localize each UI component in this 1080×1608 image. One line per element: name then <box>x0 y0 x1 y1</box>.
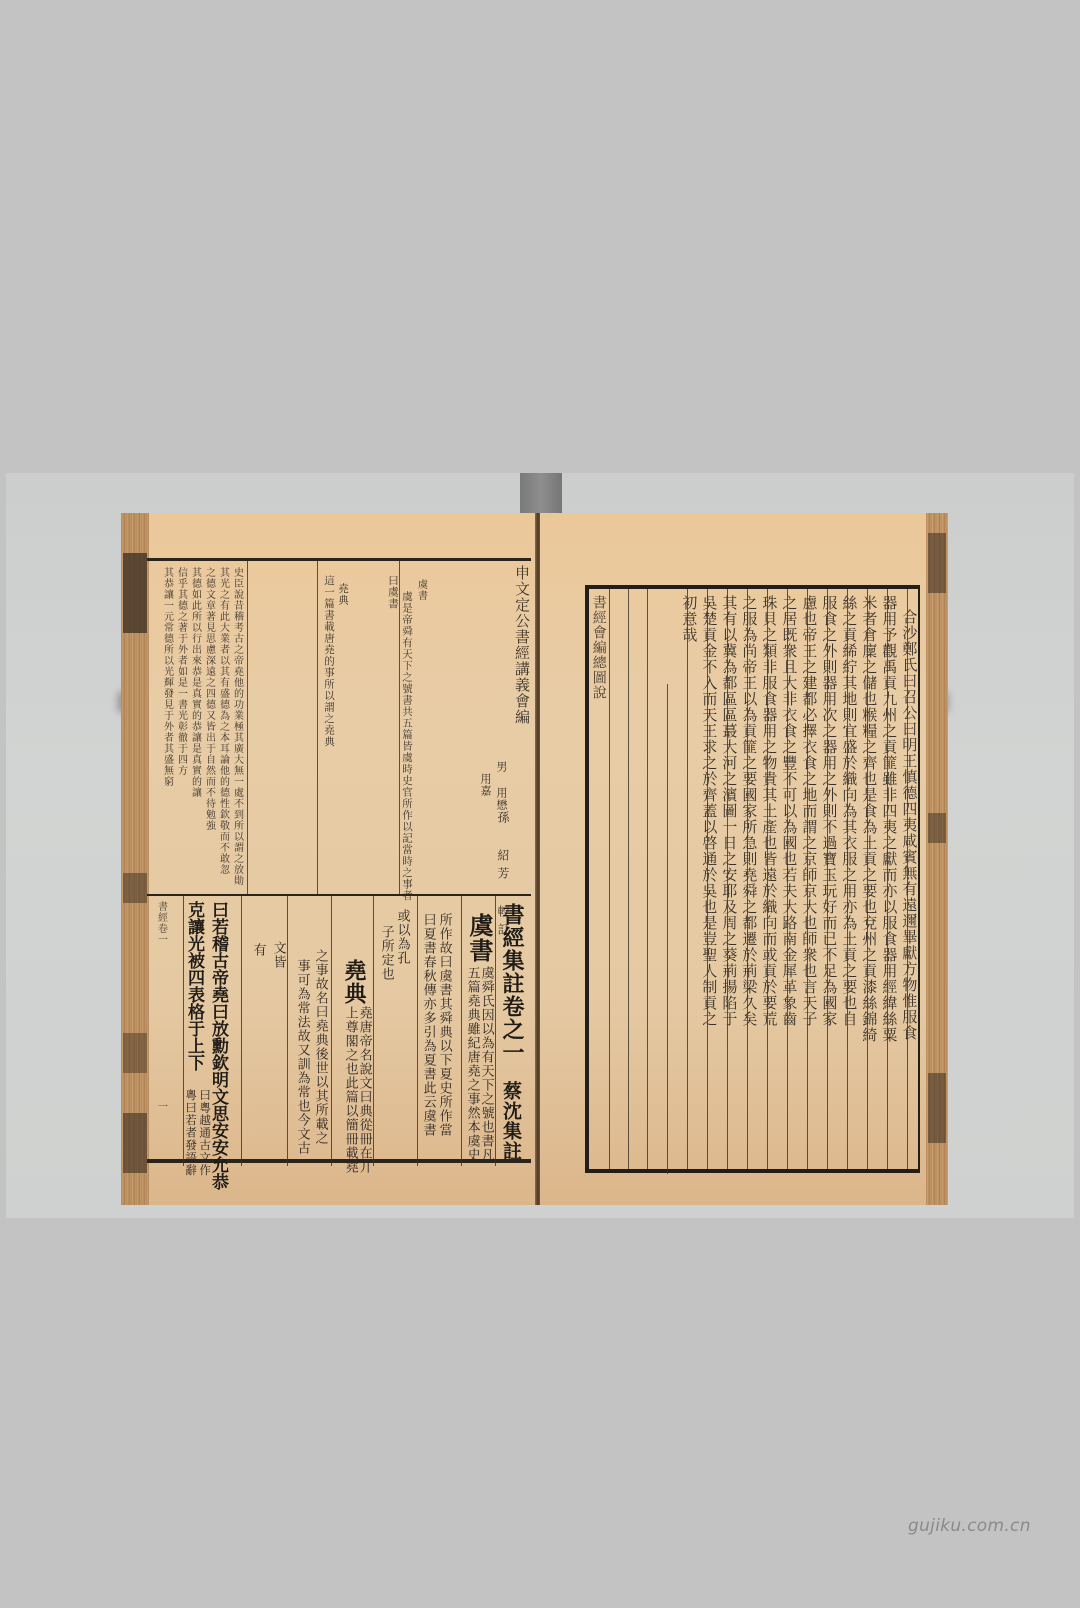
section-divider <box>147 894 531 896</box>
chapter-note-4: 事可為常法故又訓為常也今文古 <box>295 959 309 1155</box>
chapter-note-1: 堯唐帝名說文曰典從冊在丌 <box>357 1006 371 1174</box>
section-note-1: 虞舜氏因以為有天下之號也書凡 <box>479 966 493 1162</box>
right-page-frame: 書經會編總圖說 合沙鄭氏曰召公曰明王慎德四夷咸賓無有遠邇畢獻方物惟服食 器用予觀… <box>585 585 920 1173</box>
note-yaodian-heading: 堯典 <box>337 583 348 606</box>
body-col-8: 珠貝之類非服食器用之物貴其土產也皆遠於織向而或貢於要荒 <box>760 595 777 1027</box>
trailing-note-1: 曰粵越通古文作 <box>199 1089 211 1177</box>
note-yushu-end: 曰虞書 <box>387 575 398 610</box>
left-page-edge-stack <box>121 513 149 1205</box>
volume-title: 書經集註卷之一 <box>501 903 523 1064</box>
body-col-3: 米者倉廩之儲也糇糧之齊也是食為土貢之要也兗州之貢漆絲錦綺 <box>860 595 877 1043</box>
chapter-note-5: 文皆 <box>271 941 285 969</box>
left-page: 申文定公書經講義會編 男 用懋 用嘉 孫 紹芳 較訂 虞書 虞是帝舜有天下之號書… <box>121 513 536 1205</box>
right-page-title: 書經會編總圖說 <box>591 595 606 700</box>
margin-page-number: 一 <box>155 1101 166 1112</box>
section-note-3: 所作故曰虞書其舜典以下夏史所作當 <box>437 913 451 1137</box>
body-col-4: 絲之貢絺紵其地則宜盛於織向為其衣服之用亦為土貢之要也自 <box>840 595 857 1027</box>
section-note-5: 或以為孔 <box>395 909 409 965</box>
commentary-col-4: 其德如此所以行出來恭是真實的恭讓是真實的讓 <box>189 567 200 798</box>
commentary-col-3: 之德文章著見思慮深遠之四德又皆出于自然而不待勉強 <box>203 567 214 831</box>
body-col-2: 器用予觀禹貢九州之貢篚雖非四夷之獻而亦以服食器用經緯絲粟 <box>880 595 897 1043</box>
body-col-11: 吳楚貢金不入而天王求之於齊蓋以啓通於吳也是豈聖人制貢之 <box>700 595 717 1027</box>
lecture-title: 申文定公書經講義會編 <box>513 565 529 725</box>
body-col-6: 慮也帝王之建都必擇衣食之地而謂之京師京大也師衆也言天子 <box>800 595 817 1027</box>
commentary-col-2: 其光之有此大業者以其有盛德為之本耳論他的德性欽敬而不敢忽 <box>217 567 228 875</box>
body-col-7: 之居既衆且大非衣食之豐不可以為國也若夫大路南金犀革象齒 <box>780 595 797 1027</box>
section-heading-yushu: 虞書 <box>467 913 491 963</box>
body-col-5: 服食之外則器用次之器用之外則不過寶玉玩好而已不足為國家 <box>820 595 837 1027</box>
body-col-12: 初意哉 <box>680 595 697 643</box>
body-col-9: 之服為尚帝王以為貢篚之要國家所急則堯舜之都遷於荊梁久矣 <box>740 595 757 1027</box>
binding-clip <box>520 473 562 515</box>
note-yushu-text: 虞是帝舜有天下之號書共五篇皆虞時史官所作以記當時之事者 <box>401 591 412 902</box>
commentary-col-5: 信乎其德之著于外者如是一書光彰徹于四方 <box>175 567 186 776</box>
trailing-note-2: 粵曰若者發語辭 <box>185 1089 197 1177</box>
editor-line-1: 男 用懋 <box>495 761 507 811</box>
note-yaodian-text: 這一篇書載唐堯的事所以謂之堯典 <box>323 575 334 748</box>
chapter-note-2: 上尊閣之也此篇以簡冊載堯 <box>343 1006 357 1174</box>
commentary-col-1: 史臣說昔稽考古之帝堯他的功業極其廣大無一處不到所以謂之放勛 <box>231 567 242 886</box>
margin-label: 書經卷一 <box>155 901 166 945</box>
right-page-edge-stack <box>926 513 948 1205</box>
section-note-4: 曰夏書春秋傳亦多引為夏書此云虞書 <box>421 913 435 1137</box>
commentary-col-6: 其恭讓一元常德所以光輝發見于外者其盛無窮 <box>161 567 172 787</box>
body-col-1: 合沙鄭氏曰召公曰明王慎德四夷咸賓無有遠邇畢獻方物惟服食 <box>900 609 917 1041</box>
right-page: 書經會編總圖說 合沙鄭氏曰召公曰明王慎德四夷咸賓無有遠邇畢獻方物惟服食 器用予觀… <box>540 513 948 1205</box>
chapter-heading-yaodian: 堯典 <box>343 959 365 1005</box>
section-note-6: 子所定也 <box>379 925 393 981</box>
section-note-2: 五篇堯典雖紀唐堯之事然本虞史 <box>465 966 479 1162</box>
left-page-frame: 申文定公書經講義會編 男 用懋 用嘉 孫 紹芳 較訂 虞書 虞是帝舜有天下之號書… <box>147 558 531 1163</box>
main-text-2: 克讓光被四表格于上下 <box>185 901 202 1071</box>
annotator: 蔡沈集註 <box>501 1081 520 1161</box>
chapter-note-6: 有 <box>251 943 265 957</box>
body-col-10: 其有以冀為都區區蕞大河之濱圖一日之安耶及周之葵荊揚陷于 <box>720 595 737 1027</box>
chapter-note-3: 之事故名曰堯典後世以其所載之 <box>313 949 327 1145</box>
editor-line-2: 用嘉 <box>479 773 491 797</box>
site-watermark: gujiku.com.cn <box>908 1516 1031 1536</box>
note-yushu-heading: 虞書 <box>415 579 426 601</box>
